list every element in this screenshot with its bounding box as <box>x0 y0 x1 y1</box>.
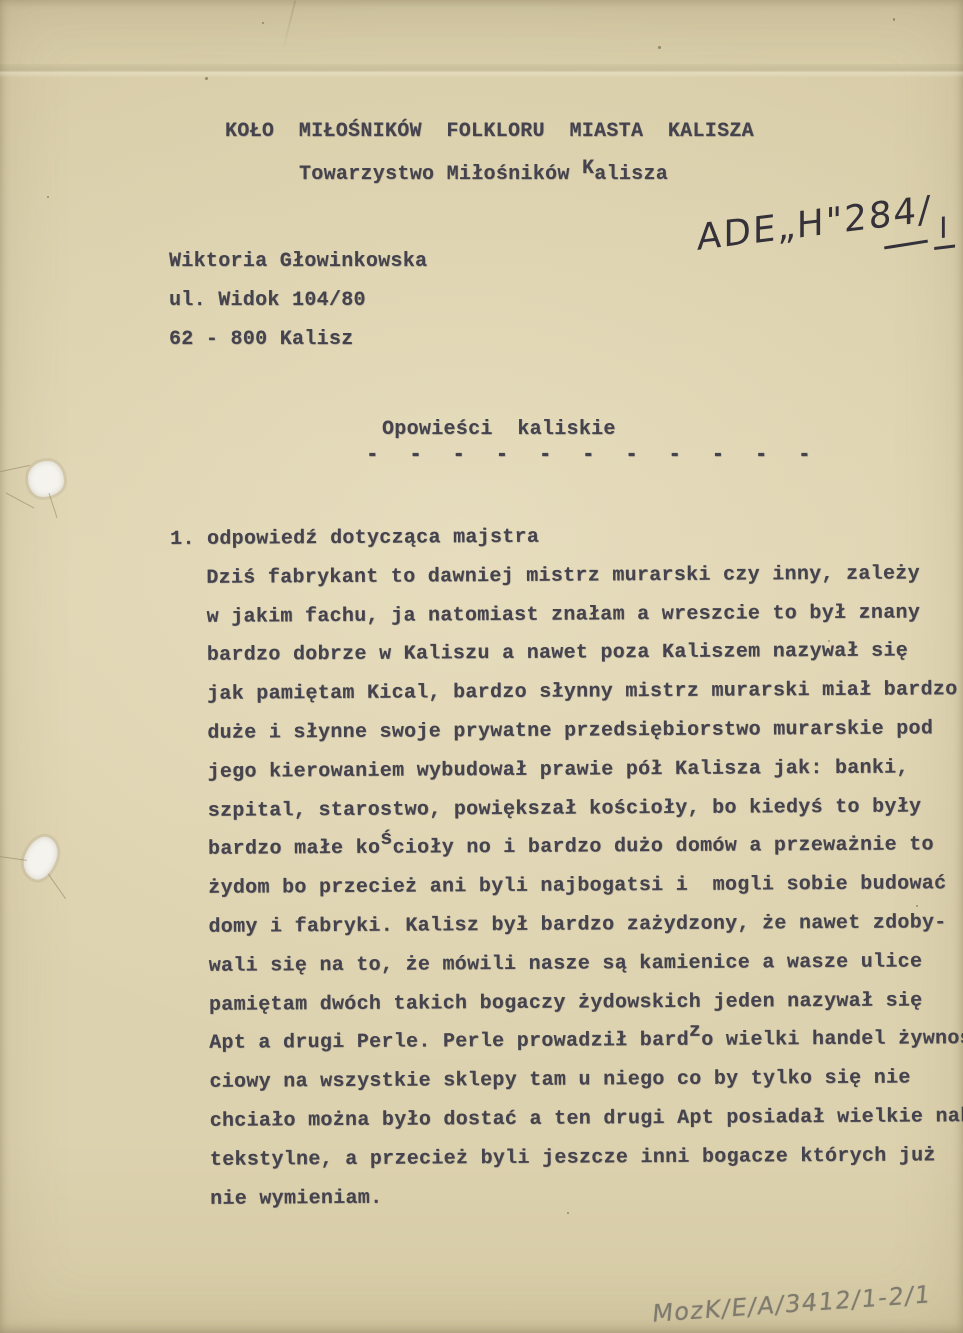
paper-crack <box>49 493 58 518</box>
body-line: chciało można było dostać a ten drugi Ap… <box>174 1098 963 1142</box>
body-line: w jakim fachu, ja natomiast znałam a wre… <box>170 594 963 638</box>
body-line: wali się na to, że mówili nasze są kamie… <box>173 943 963 987</box>
body-line: bardzo małe kościoły no i bardzo dużo do… <box>172 826 963 870</box>
paper-crack <box>6 493 35 509</box>
body-line: żydom bo przecież ani byli najbogatsi i … <box>172 865 963 909</box>
sender-city: 62 - 800 Kalisz <box>169 328 354 351</box>
org-line2-rest: alisza <box>594 163 668 186</box>
body-line: tekstylne, a przecież byli jeszcze inni … <box>174 1137 963 1181</box>
document-title: Opowieści kaliskie <box>382 418 616 441</box>
paper-speck <box>893 18 895 21</box>
body-line-segment: bardzo małe ko <box>208 837 380 861</box>
org-line2-prefix: Towarzystwo Miłośników <box>299 163 582 186</box>
body-line: Dziś fabrykant to dawniej mistrz murarsk… <box>170 555 963 599</box>
body-line: duże i słynne swoje prywatne przedsiębio… <box>171 710 963 754</box>
paper-scratch <box>282 1 297 52</box>
sender-street: ul. Widok 104/80 <box>169 289 366 312</box>
paper-crack <box>48 874 66 899</box>
raised-typo-letter: z <box>689 1020 701 1043</box>
paper-crease-line <box>0 64 963 78</box>
organization-name-line1: KOŁO MIŁOŚNIKÓW FOLKLORU MIASTA KALISZA <box>225 120 754 143</box>
archival-signature-pencil: MozK/E/A/3412/1-2/1 <box>651 1280 933 1328</box>
scanned-document-page: KOŁO MIŁOŚNIKÓW FOLKLORU MIASTA KALISZA … <box>0 0 963 1333</box>
body-line: nie wymieniam. <box>174 1175 963 1219</box>
archival-number-text: ADE„H"284/ <box>697 189 932 259</box>
archival-number-handwritten: ADE„H"284/I <box>697 186 953 259</box>
body-line: szpital, starostwo, powiększał kościoły,… <box>172 788 963 832</box>
title-dashed-underline: - - - - - - - - - - - <box>366 441 820 470</box>
body-line: bardzo dobrze w Kaliszu a nawet poza Kal… <box>171 632 963 676</box>
hole-punch-bottom <box>19 832 62 883</box>
body-line: 1. odpowiedź dotycząca majstra <box>170 516 963 560</box>
body-line: pamiętam dwóch takich bogaczy żydowskich… <box>173 981 963 1025</box>
body-line: Apt a drugi Perle. Perle prowadził bardz… <box>173 1020 963 1064</box>
body-line-segment: o wielki handel żywnoś- <box>701 1027 963 1052</box>
organization-name-line2: Towarzystwo Miłośników Kalisza <box>299 163 668 186</box>
body-line-segment: Apt a drugi Perle. Perle prowadził bard <box>209 1029 689 1055</box>
body-line: jak pamiętam Kical, bardzo słynny mistrz… <box>171 671 963 715</box>
body-line: jego kierowaniem wybudował prawie pół Ka… <box>171 749 963 793</box>
archival-number-overline-dash <box>884 240 928 250</box>
hole-punch-top <box>28 461 64 497</box>
paper-speck <box>47 196 49 198</box>
paper-crack <box>0 856 27 861</box>
body-line: ciowy na wszystkie sklepy tam u niego co… <box>173 1059 963 1103</box>
paper-speck <box>658 46 661 49</box>
paper-speck <box>262 22 264 24</box>
paper-speck <box>205 77 208 80</box>
raised-typo-letter: ś <box>380 828 392 851</box>
org-line2-raised-letter: K <box>582 157 594 180</box>
sender-name: Wiktoria Głowinkowska <box>169 250 427 273</box>
body-line: domy i fabryki. Kalisz był bardzo zażydz… <box>172 904 963 948</box>
body-text: 1. odpowiedź dotycząca majstraDziś fabry… <box>170 516 963 1219</box>
paper-crack <box>0 465 30 472</box>
body-line-segment: cioły no i bardzo dużo domów a przeważni… <box>392 834 933 860</box>
archival-number-roman: I <box>934 209 954 250</box>
